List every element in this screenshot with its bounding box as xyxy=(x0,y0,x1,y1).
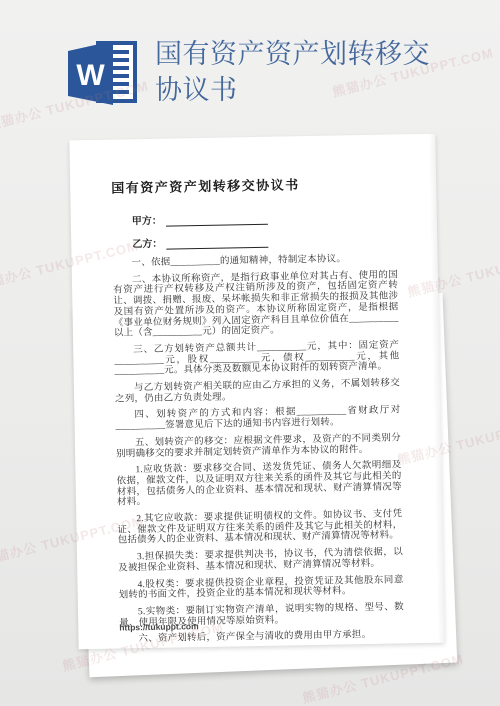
document-paragraph: 四、划转资产的方式和内容：根据__________省财政厅对__________… xyxy=(115,406,400,433)
party-row: 甲方： xyxy=(132,207,397,227)
word-icon: W xyxy=(66,38,140,113)
document-content: 国有资产资产划转移交协议书 甲方： 乙方： 一、依据__________的通知精… xyxy=(69,134,444,650)
screenshot-canvas: 熊猫办公 TUKUPPT.COM 熊猫办公 TUKUPPT.COM 熊猫办公 T… xyxy=(0,0,500,706)
preview-title-line1: 国有资产资产划转移交 xyxy=(155,36,475,72)
document-page: 国有资产资产划转移交协议书 甲方： 乙方： 一、依据__________的通知精… xyxy=(69,134,444,650)
party-blank-line xyxy=(166,214,268,227)
document-paragraph: 一、依据__________的通知精神，特制定本协议。 xyxy=(113,253,398,269)
document-paragraph: 三、乙方划转资产总额共计__________元，其中：固定资产_________… xyxy=(114,340,400,377)
document-paragraph: 二、本协议所称资产，是指行政事业单位对其占有、使用的国有资产进行产权转移及产权注… xyxy=(113,270,399,339)
document-title: 国有资产资产划转移交协议书 xyxy=(111,172,396,196)
party-row: 乙方： xyxy=(132,230,397,250)
document-paragraph: 4.股权类：要求提供投资企业章程，投资凭证及其他股东同意划转的书面文件，投资企业… xyxy=(118,575,403,602)
party-label: 甲方： xyxy=(132,216,162,228)
preview-title: 国有资产资产划转移交 协议书 xyxy=(155,36,475,108)
document-paragraph: 3.担保损失类：要求提供判决书，协议书，代为清偿依据，以及被担保企业资料、基本情… xyxy=(118,548,403,575)
party-label: 乙方： xyxy=(132,239,162,251)
footer-link[interactable]: https://tukuppt.com xyxy=(119,621,198,632)
document-paragraph: 1.应收货款：要求移交合同、送发货凭证、债务人欠款明细及依据，催款文件，以及证明… xyxy=(116,461,402,509)
document-paragraph: 六、资产划转后，资产保全与清收的费用由甲方承担。 xyxy=(119,630,404,646)
preview-header: W 国有资产资产划转移交 协议书 xyxy=(0,0,500,130)
preview-title-line2: 协议书 xyxy=(155,72,475,108)
document-body: 一、依据__________的通知精神，特制定本协议。 二、本协议所称资产，是指… xyxy=(113,253,405,645)
party-rows: 甲方： 乙方： xyxy=(112,207,398,250)
document-paragraph: 与乙方划转资产相关联的应由乙方承担的义务，不属划转移交之列，仍由乙方负责处理。 xyxy=(115,378,400,405)
document-paragraph: 2.其它应收款：要求提供证明债权的文件。如协议书、支付凭证、催款文件及证明双方往… xyxy=(117,509,403,546)
svg-text:W: W xyxy=(76,59,105,92)
party-blank-line xyxy=(166,237,268,250)
document-paragraph: 五、划转资产的移交：应根据文件要求，及资产的不同类别分别明确移交的要求并制定划转… xyxy=(116,433,401,460)
